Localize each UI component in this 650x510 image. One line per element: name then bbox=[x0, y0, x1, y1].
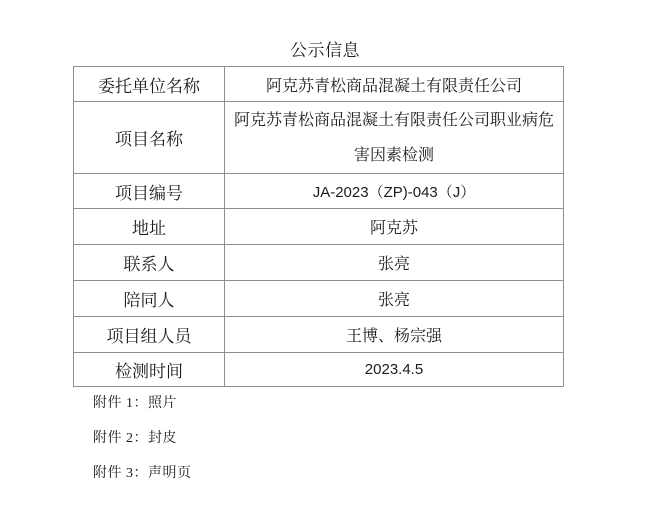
row-label-detection-time: 检测时间 bbox=[74, 353, 225, 387]
row-label-client-name: 委托单位名称 bbox=[74, 67, 225, 102]
row-label-project-team: 项目组人员 bbox=[74, 317, 225, 353]
row-label-address: 地址 bbox=[74, 209, 225, 245]
table-row-client-name: 委托单位名称 阿克苏青松商品混凝土有限责任公司 bbox=[74, 67, 564, 102]
row-value-project-name: 阿克苏青松商品混凝土有限责任公司职业病危 害因素检测 bbox=[225, 102, 564, 174]
row-value-address: 阿克苏 bbox=[225, 209, 564, 245]
table-row-contact-person: 联系人 张亮 bbox=[74, 245, 564, 281]
row-value-accompanying-person: 张亮 bbox=[225, 281, 564, 317]
row-value-project-number: JA-2023（ZP)-043（J） bbox=[225, 174, 564, 209]
row-value-contact-person: 张亮 bbox=[225, 245, 564, 281]
attachments-list: 附件 1：照片 附件 2：封皮 附件 3：声明页 bbox=[93, 386, 192, 491]
row-label-project-name: 项目名称 bbox=[74, 102, 225, 174]
info-table: 委托单位名称 阿克苏青松商品混凝土有限责任公司 项目名称 阿克苏青松商品混凝土有… bbox=[73, 66, 564, 387]
table-row-address: 地址 阿克苏 bbox=[74, 209, 564, 245]
row-value-detection-time: 2023.4.5 bbox=[225, 353, 564, 387]
table-row-detection-time: 检测时间 2023.4.5 bbox=[74, 353, 564, 387]
attachment-line-statement: 附件 3：声明页 bbox=[93, 456, 192, 491]
document-page: { "page": { "title": "公示信息" }, "table": … bbox=[0, 0, 650, 510]
table-row-accompanying-person: 陪同人 张亮 bbox=[74, 281, 564, 317]
attachment-line-cover: 附件 2：封皮 bbox=[93, 421, 192, 456]
attachment-line-photo: 附件 1：照片 bbox=[93, 386, 192, 421]
row-value-project-team: 王博、杨宗强 bbox=[225, 317, 564, 353]
row-label-contact-person: 联系人 bbox=[74, 245, 225, 281]
row-label-accompanying-person: 陪同人 bbox=[74, 281, 225, 317]
table-row-project-number: 项目编号 JA-2023（ZP)-043（J） bbox=[74, 174, 564, 209]
row-label-project-number: 项目编号 bbox=[74, 174, 225, 209]
table-row-project-team: 项目组人员 王博、杨宗强 bbox=[74, 317, 564, 353]
info-table-body: 委托单位名称 阿克苏青松商品混凝土有限责任公司 项目名称 阿克苏青松商品混凝土有… bbox=[74, 67, 564, 387]
table-row-project-name: 项目名称 阿克苏青松商品混凝土有限责任公司职业病危 害因素检测 bbox=[74, 102, 564, 174]
row-value-client-name: 阿克苏青松商品混凝土有限责任公司 bbox=[225, 67, 564, 102]
page-title: 公示信息 bbox=[0, 41, 650, 61]
